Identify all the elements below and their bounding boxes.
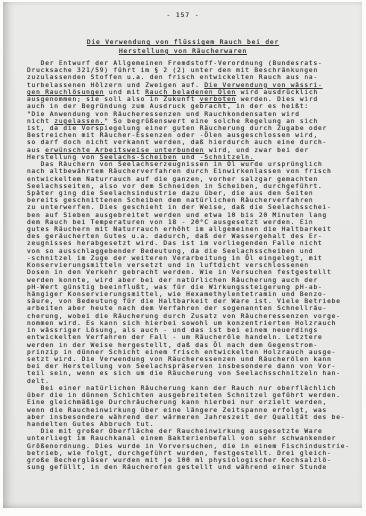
page-number: - 157 - <box>0 12 366 19</box>
text-line: wenn die Raucheinwirkung über eine länge… <box>27 407 357 414</box>
text-line: von so ausschlaggebender Bedeutung, da d… <box>27 248 357 255</box>
text-line: Herstellung von Seelachs-Scheiben und -S… <box>27 154 357 161</box>
text-line: Bei einer natürlichen Räucherung kann de… <box>27 385 357 392</box>
text-line: prinzip in dünner Schicht einem frisch e… <box>27 349 357 356</box>
text-line: "Die Anwendung von Räucheressenzen und R… <box>27 111 357 118</box>
text-line: turbelassenen Hölzern und Zweigen auf. D… <box>27 82 357 89</box>
text-line: delt. <box>27 378 357 385</box>
text-line: werden in der Weise hergestellt, daß das… <box>27 342 357 349</box>
text-line: so darf doch nicht verkannt werden, daß … <box>27 139 357 146</box>
page-number-text: - 157 - <box>166 12 199 19</box>
text-line: cherung, wobei die Räucherung durch Zusa… <box>27 313 357 320</box>
text-line: nicht zugelassen." So begrüßenswert eine… <box>27 118 357 125</box>
text-line: arbeiten aber heute nach dem Verfahren d… <box>27 305 357 312</box>
text-line: dem Rauch bei Temperaturen von 18 - 20°C… <box>27 219 357 226</box>
text-line: teil sein, wenn es sich um die Räucherun… <box>27 370 357 377</box>
text-line: auch in der Begründung zum Ausdruck gebr… <box>27 103 357 110</box>
text-line: entwickeltem Naturrauch auf die ganzen, … <box>27 176 357 183</box>
document-title: Die Verwendung von flüssigem Rauch bei d… <box>0 39 366 57</box>
text-line: zeugnisses herabgesetzt wird. Das ist im… <box>27 240 357 247</box>
text-line: nommen wird. Es kann sich hierbei sowohl… <box>27 320 357 327</box>
text-line: aus erwünschte Arbeitsweise unterbunden … <box>27 147 357 154</box>
text-line: Größenordnung. Dies wurde in Vorversuche… <box>27 443 357 450</box>
text-line: pH-Wert günstig beeinflußt, was für die … <box>27 284 357 291</box>
text-line: aber insbesondere während der wärmeren J… <box>27 414 357 421</box>
text-line: zu unterwerfen. Dies geschieht in der We… <box>27 204 357 211</box>
text-line: Seelachsseiten, also vor dem Schneiden i… <box>27 183 357 190</box>
text-line: gen Rauchlösungen und mit Rauch beladene… <box>27 89 357 96</box>
body-text: Der Entwurf der Allgemeinen Fremdstoff-V… <box>27 60 357 471</box>
text-line: werden konnte, wird aber bei der natürli… <box>27 277 357 284</box>
document-title-line-2: Herstellung von Räucherwaren <box>0 48 366 57</box>
text-line: sung gefüllt, in den Räucherofen gestell… <box>27 464 357 471</box>
text-line: Dosen in den Verkehr gebracht werden. Wi… <box>27 269 357 276</box>
document-title-line-1: Die Verwendung von flüssigem Rauch bei d… <box>0 39 366 48</box>
text-line: unterliegt im Rauchkanal einem Bakterien… <box>27 435 357 442</box>
text-line: Eine gleichmäßige Durchräucherung kann h… <box>27 399 357 406</box>
text-line: nach altbewährtem Räucherverfahren durch… <box>27 168 357 175</box>
text-line: entwickelten Verfahren der Fall - um Räu… <box>27 334 357 341</box>
text-line: betrieb, wie folgt, durchgeführt wurden,… <box>27 450 357 457</box>
text-line: zuzulassenden Stoffen u.a. den frisch en… <box>27 74 357 81</box>
text-line: ben auf Sieben ausgebreitet werden und e… <box>27 212 357 219</box>
